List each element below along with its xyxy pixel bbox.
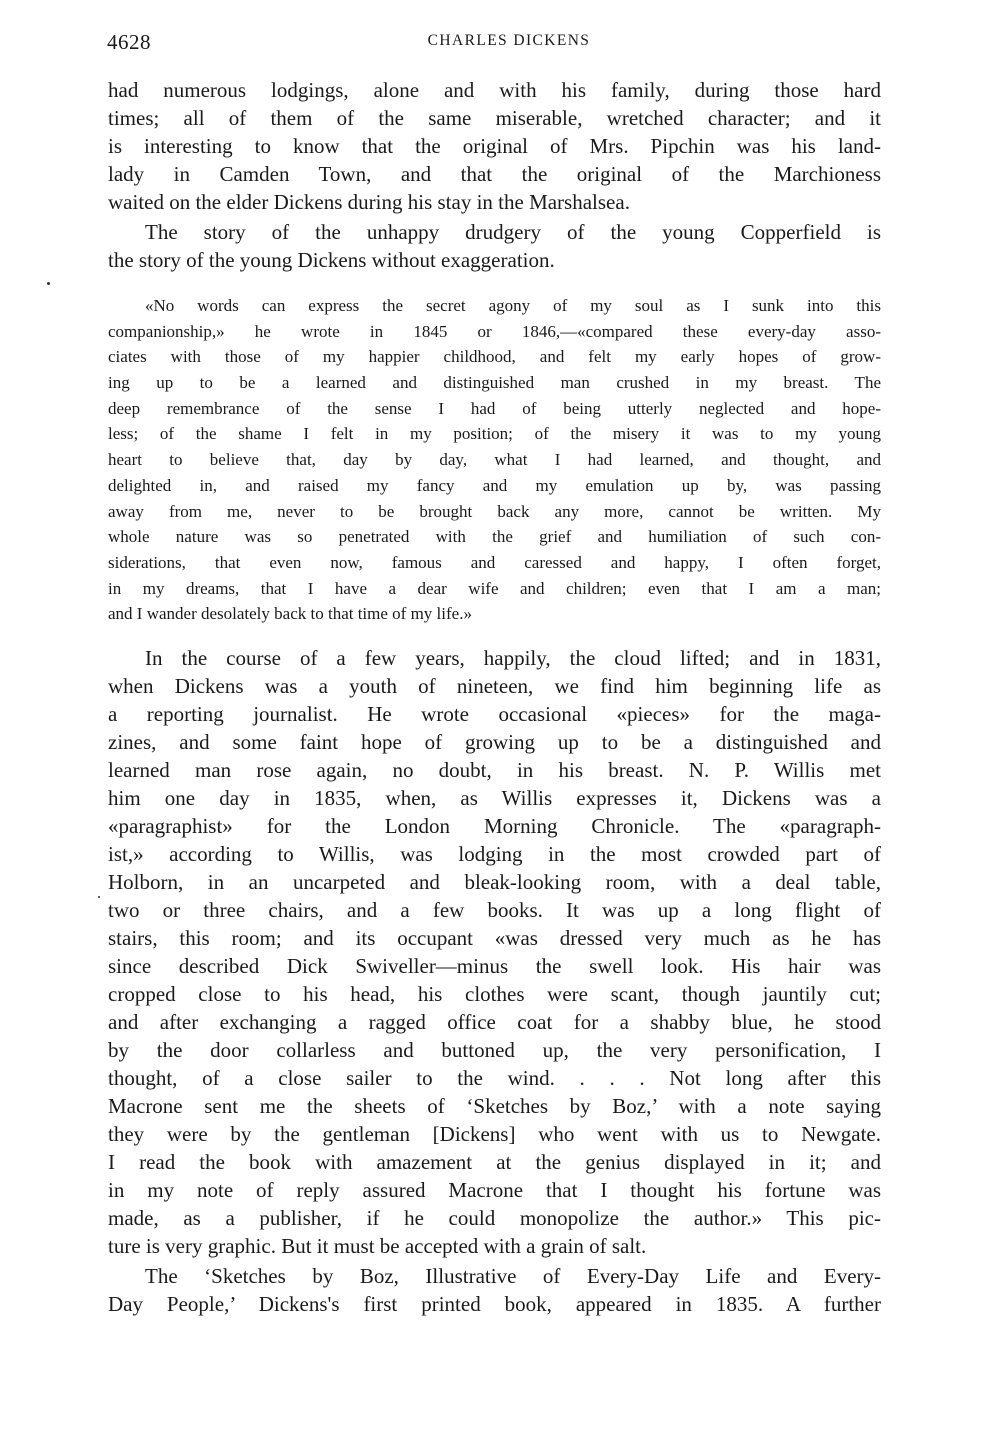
text-line: Day People,’ Dickens's first printed boo…	[108, 1294, 881, 1318]
quote-line: ciates with those of my happier childhoo…	[108, 348, 881, 368]
text-line: ist,» according to Willis, was lodging i…	[108, 844, 881, 868]
quote-line: «No words can express the secret agony o…	[145, 297, 881, 317]
quote-line: siderations, that even now, famous and c…	[108, 554, 881, 574]
text-line: stairs, this room; and its occupant «was…	[108, 928, 881, 952]
quote-line: deep remembrance of the sense I had of b…	[108, 400, 881, 420]
text-line: times; all of them of the same miserable…	[108, 108, 881, 132]
text-line: since described Dick Swiveller—minus the…	[108, 956, 881, 980]
text-line: ture is very graphic. But it must be acc…	[108, 1236, 881, 1260]
text-line: had numerous lodgings, alone and with hi…	[108, 80, 881, 104]
running-title: CHARLES DICKENS	[107, 32, 881, 50]
text-line: zines, and some faint hope of growing up…	[108, 732, 881, 756]
text-line: is interesting to know that the original…	[108, 136, 881, 160]
text-line: Macrone sent me the sheets of ‘Sketches …	[108, 1096, 881, 1120]
text-line: thought, of a close sailer to the wind. …	[108, 1068, 881, 1092]
text-line: a reporting journalist. He wrote occasio…	[108, 704, 881, 728]
text-line: waited on the elder Dickens during his s…	[108, 192, 881, 216]
quote-line: in my dreams, that I have a dear wife an…	[108, 580, 881, 600]
text-line: Holborn, in an uncarpeted and bleak-look…	[108, 872, 881, 896]
text-line: when Dickens was a youth of nineteen, we…	[108, 676, 881, 700]
quote-line: and I wander desolately back to that tim…	[108, 605, 881, 625]
text-line: cropped close to his head, his clothes w…	[108, 984, 881, 1008]
quote-line: companionship,» he wrote in 1845 or 1846…	[108, 323, 881, 343]
margin-mark	[98, 896, 100, 898]
text-line: The story of the unhappy drudgery of the…	[145, 222, 881, 246]
text-line: him one day in 1835, when, as Willis exp…	[108, 788, 881, 812]
text-line: learned man rose again, no doubt, in his…	[108, 760, 881, 784]
quote-line: delighted in, and raised my fancy and my…	[108, 477, 881, 497]
text-line: the story of the young Dickens without e…	[108, 250, 881, 274]
text-line: and after exchanging a ragged office coa…	[108, 1012, 881, 1036]
text-line: «paragraphist» for the London Morning Ch…	[108, 816, 881, 840]
running-head: 4628 CHARLES DICKENS	[107, 30, 881, 56]
quote-line: heart to believe that, day by day, what …	[108, 451, 881, 471]
quote-line: away from me, never to be brought back a…	[108, 503, 881, 523]
text-line: I read the book with amazement at the ge…	[108, 1152, 881, 1176]
quote-line: ing up to be a learned and distinguished…	[108, 374, 881, 394]
text-line: made, as a publisher, if he could monopo…	[108, 1208, 881, 1232]
quote-line: whole nature was so penetrated with the …	[108, 528, 881, 548]
text-line: The ‘Sketches by Boz, Illustrative of Ev…	[145, 1266, 881, 1290]
quote-line: less; of the shame I felt in my position…	[108, 425, 881, 445]
margin-mark	[47, 282, 50, 285]
text-line: lady in Camden Town, and that the origin…	[108, 164, 881, 188]
text-line: they were by the gentleman [Dickens] who…	[108, 1124, 881, 1148]
book-page: 4628 CHARLES DICKENS had numerous lodgin…	[0, 0, 1000, 1442]
text-line: by the door collarless and buttoned up, …	[108, 1040, 881, 1064]
text-line: in my note of reply assured Macrone that…	[108, 1180, 881, 1204]
text-line: two or three chairs, and a few books. It…	[108, 900, 881, 924]
text-line: In the course of a few years, happily, t…	[145, 648, 881, 672]
